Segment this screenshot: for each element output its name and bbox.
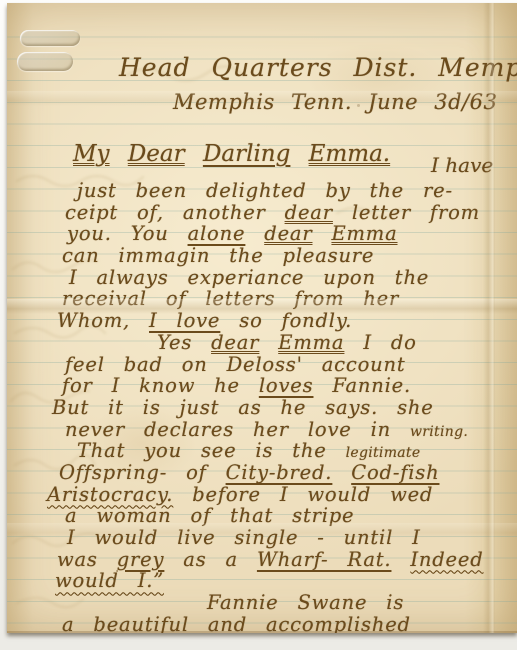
handwritten-line: would I.”: [55, 569, 517, 591]
text-segment: [290, 141, 308, 167]
emboss-stamp: [17, 52, 73, 71]
letter-heading-line2: Memphis Tenn. June 3d/63: [173, 90, 497, 114]
handwritten-line: Whom, I love so fondly.: [57, 309, 517, 331]
text-segment: letter from: [333, 201, 480, 224]
text-segment: Emma: [278, 331, 344, 354]
handwritten-line: you. You alone dear Emma: [67, 222, 517, 244]
text-segment: was: [57, 548, 117, 571]
letter-body: just been delighted by the re-ceipt of, …: [7, 179, 517, 633]
text-segment: legitimate: [346, 445, 421, 461]
text-segment: Cod-fish: [351, 461, 439, 484]
handwritten-line: Aristocracy. before I would wed: [47, 483, 517, 505]
text-segment: [312, 222, 331, 245]
text-segment: a beautiful and accomplished: [62, 613, 411, 633]
handwritten-line: never declares her love in writing.: [65, 418, 517, 440]
letter-page: Head Quarters Dist. Memphis Memphis Tenn…: [7, 3, 517, 633]
text-segment: [259, 331, 278, 354]
text-segment: Dear: [128, 141, 185, 167]
emboss-stamp: [20, 30, 80, 46]
text-segment: I always experiance upon the: [69, 266, 429, 289]
text-segment: dear: [264, 222, 312, 245]
text-segment: as a: [164, 548, 257, 571]
handwritten-line: was grey as a Wharf- Rat. Indeed: [57, 548, 517, 570]
letter-heading-line1: Head Quarters Dist. Memphis: [119, 53, 517, 82]
text-segment: you. You: [67, 222, 188, 245]
salutation-continuation: I have: [431, 153, 493, 177]
text-segment: Darling: [203, 141, 290, 167]
scanned-letter-image: Head Quarters Dist. Memphis Memphis Tenn…: [0, 0, 517, 650]
handwritten-line: Yes dear Emma I do: [157, 331, 517, 353]
text-segment: feel bad on Deloss' account: [65, 353, 406, 376]
text-segment: [185, 141, 203, 167]
text-segment: Wharf- Rat.: [257, 548, 391, 571]
text-segment: before I would wed: [173, 483, 433, 506]
handwritten-line: receival of letters from her: [62, 287, 517, 309]
handwritten-line: can immagin the pleasure: [62, 244, 517, 266]
text-segment: I do: [344, 331, 416, 354]
text-segment: would I.”: [55, 569, 164, 592]
text-segment: Fannie.: [313, 374, 411, 397]
text-segment: Fannie Swane is: [207, 591, 404, 614]
text-segment: never declares her love in: [65, 418, 410, 441]
text-segment: loves: [259, 374, 314, 397]
text-segment: can immagin the pleasure: [62, 244, 374, 267]
text-segment: Aristocracy.: [47, 483, 173, 506]
text-segment: Emma.: [309, 141, 390, 167]
text-segment: That you see is the: [77, 439, 346, 462]
handwritten-line: I always experiance upon the: [69, 266, 517, 288]
text-segment: [245, 222, 264, 245]
handwritten-line: a woman of that stripe: [65, 504, 517, 526]
text-segment: Whom,: [57, 309, 149, 332]
handwritten-line: Offspring- of City-bred. Cod-fish: [59, 461, 517, 483]
text-segment: City-bred.: [226, 461, 333, 484]
text-segment: [332, 461, 351, 484]
text-segment: [391, 548, 410, 571]
text-segment: I would live single - until I: [67, 526, 421, 549]
text-segment: My: [73, 141, 110, 167]
handwritten-line: Fannie Swane is: [207, 591, 517, 613]
text-segment: Indeed: [410, 548, 483, 571]
handwritten-line: But it is just as he says. she: [52, 396, 517, 418]
text-segment: receival of letters from her: [62, 287, 399, 310]
handwritten-line: just been delighted by the re-: [77, 179, 517, 201]
text-segment: I love: [149, 309, 220, 332]
text-segment: alone: [188, 222, 246, 245]
text-segment: [110, 141, 128, 167]
text-segment: But it is just as he says. she: [52, 396, 434, 419]
handwritten-line: I would live single - until I: [67, 526, 517, 548]
text-segment: so fondly.: [220, 309, 352, 332]
text-segment: dear: [211, 331, 259, 354]
handwritten-line: That you see is the legitimate: [77, 439, 517, 461]
text-segment: grey: [117, 548, 165, 571]
text-segment: just been delighted by the re-: [77, 179, 453, 202]
text-segment: a woman of that stripe: [65, 504, 354, 527]
text-segment: for I know he: [62, 374, 259, 397]
handwritten-line: feel bad on Deloss' account: [65, 353, 517, 375]
handwritten-line: for I know he loves Fannie.: [62, 374, 517, 396]
text-segment: Yes: [157, 331, 211, 354]
text-segment: dear: [285, 201, 333, 224]
text-segment: ceipt of, another: [65, 201, 285, 224]
handwritten-line: ceipt of, another dear letter from: [65, 201, 517, 223]
text-segment: writing.: [410, 424, 468, 440]
handwritten-line: a beautiful and accomplished: [62, 613, 517, 633]
text-segment: Emma: [331, 222, 397, 245]
text-segment: Offspring- of: [59, 461, 226, 484]
